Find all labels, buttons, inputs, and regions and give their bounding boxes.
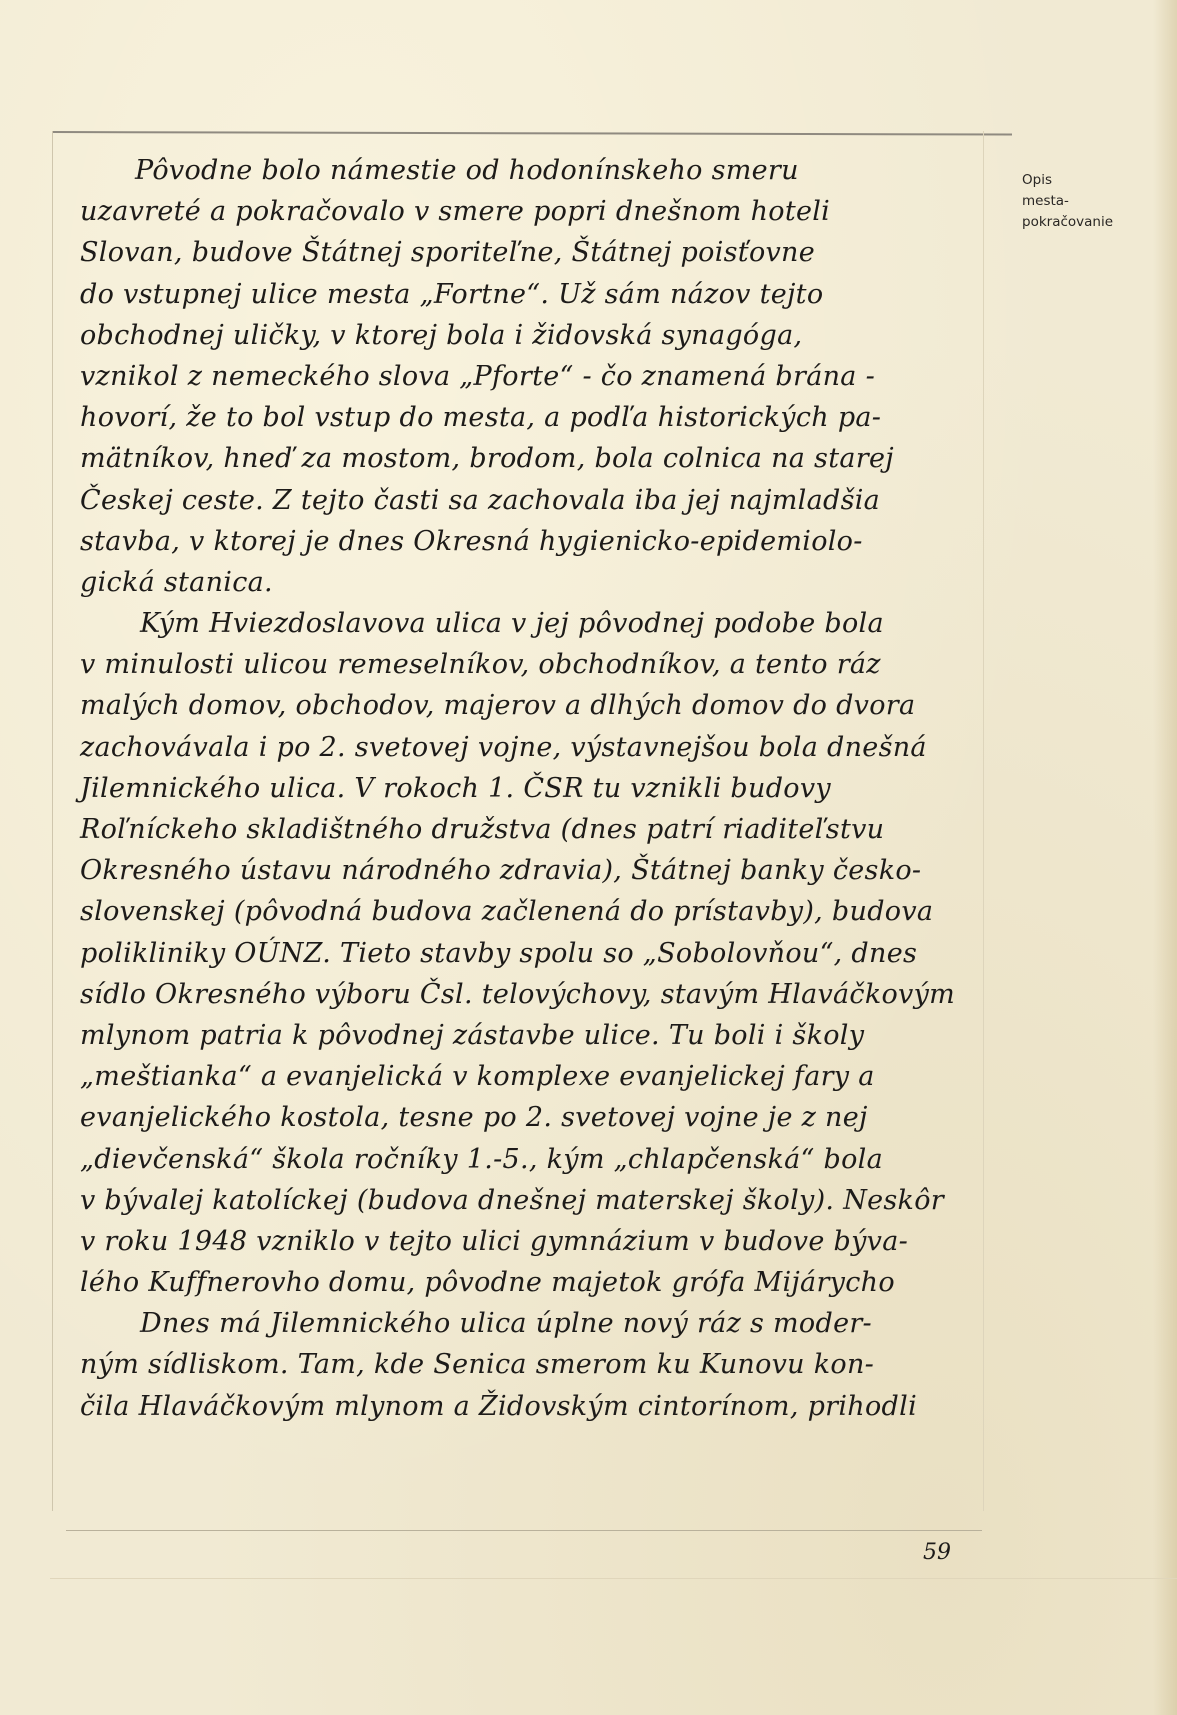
text-line: lého Kuffnerovho domu, pôvodne majetok g…: [80, 1262, 985, 1303]
page-edge-shadow: [1153, 0, 1177, 1715]
text-line: sídlo Okresného výboru Čsl. telovýchovy,…: [80, 974, 985, 1015]
margin-note-line: mesta-: [1022, 191, 1177, 212]
text-line: mätníkov, hneď za mostom, brodom, bola c…: [80, 438, 985, 479]
text-line: slovenskej (pôvodná budova začlenená do …: [80, 891, 985, 932]
text-line: do vstupnej ulice mesta „Fortne“. Už sám…: [80, 274, 985, 315]
text-line: čila Hlaváčkovým mlynom a Židovským cint…: [80, 1386, 985, 1427]
text-line: gická stanica.: [80, 562, 985, 603]
text-line: ným sídliskom. Tam, kde Senica smerom ku…: [80, 1344, 985, 1385]
bottom-ruled-line: [66, 1530, 982, 1531]
handwritten-text-body: Pôvodne bolo námestie od hodonínskeho sm…: [80, 150, 985, 1427]
text-line: v bývalej katolíckej (budova dnešnej mat…: [80, 1180, 985, 1221]
text-line: mlynom patria k pôvodnej zástavbe ulice.…: [80, 1015, 985, 1056]
margin-note-line: pokračovanie: [1022, 212, 1177, 233]
text-line: Slovan, budove Štátnej sporiteľne, Štátn…: [80, 232, 985, 273]
text-line: „dievčenská“ škola ročníky 1.-5., kým „c…: [80, 1139, 985, 1180]
text-line: zachovávala i po 2. svetovej vojne, výst…: [80, 727, 985, 768]
text-line: Pôvodne bolo námestie od hodonínskeho sm…: [80, 150, 985, 191]
text-line: Kým Hviezdoslavova ulica v jej pôvodnej …: [80, 603, 985, 644]
text-line: uzavreté a pokračovalo v smere popri dne…: [80, 191, 985, 232]
text-line: Jilemnického ulica. V rokoch 1. ČSR tu v…: [80, 768, 985, 809]
text-line: v roku 1948 vzniklo v tejto ulici gymnáz…: [80, 1221, 985, 1262]
text-line: „meštianka“ a evanjelická v komplexe eva…: [80, 1056, 985, 1097]
text-line: Roľníckeho skladištného družstva (dnes p…: [80, 809, 985, 850]
text-line: obchodnej uličky, v ktorej bola i židovs…: [80, 315, 985, 356]
text-line: Dnes má Jilemnického ulica úplne nový rá…: [80, 1303, 985, 1344]
text-line: vznikol z nemeckého slova „Pforte“ - čo …: [80, 356, 985, 397]
text-line: evanjelického kostola, tesne po 2. sveto…: [80, 1097, 985, 1138]
text-line: v minulosti ulicou remeselníkov, obchodn…: [80, 644, 985, 685]
faint-page-line: [50, 1578, 1177, 1579]
page-number: 59: [923, 1540, 951, 1565]
margin-note: Opis mesta- pokračovanie: [1022, 170, 1177, 233]
text-line: Českej ceste. Z tejto časti sa zachovala…: [80, 480, 985, 521]
text-line: hovorí, že to bol vstup do mesta, a podľ…: [80, 397, 985, 438]
margin-note-line: Opis: [1022, 170, 1177, 191]
text-line: polikliniky OÚNZ. Tieto stavby spolu so …: [80, 933, 985, 974]
text-line: malých domov, obchodov, majerov a dlhých…: [80, 685, 985, 726]
text-line: stavba, v ktorej je dnes Okresná hygieni…: [80, 521, 985, 562]
text-line: Okresného ústavu národného zdravia), Štá…: [80, 850, 985, 891]
